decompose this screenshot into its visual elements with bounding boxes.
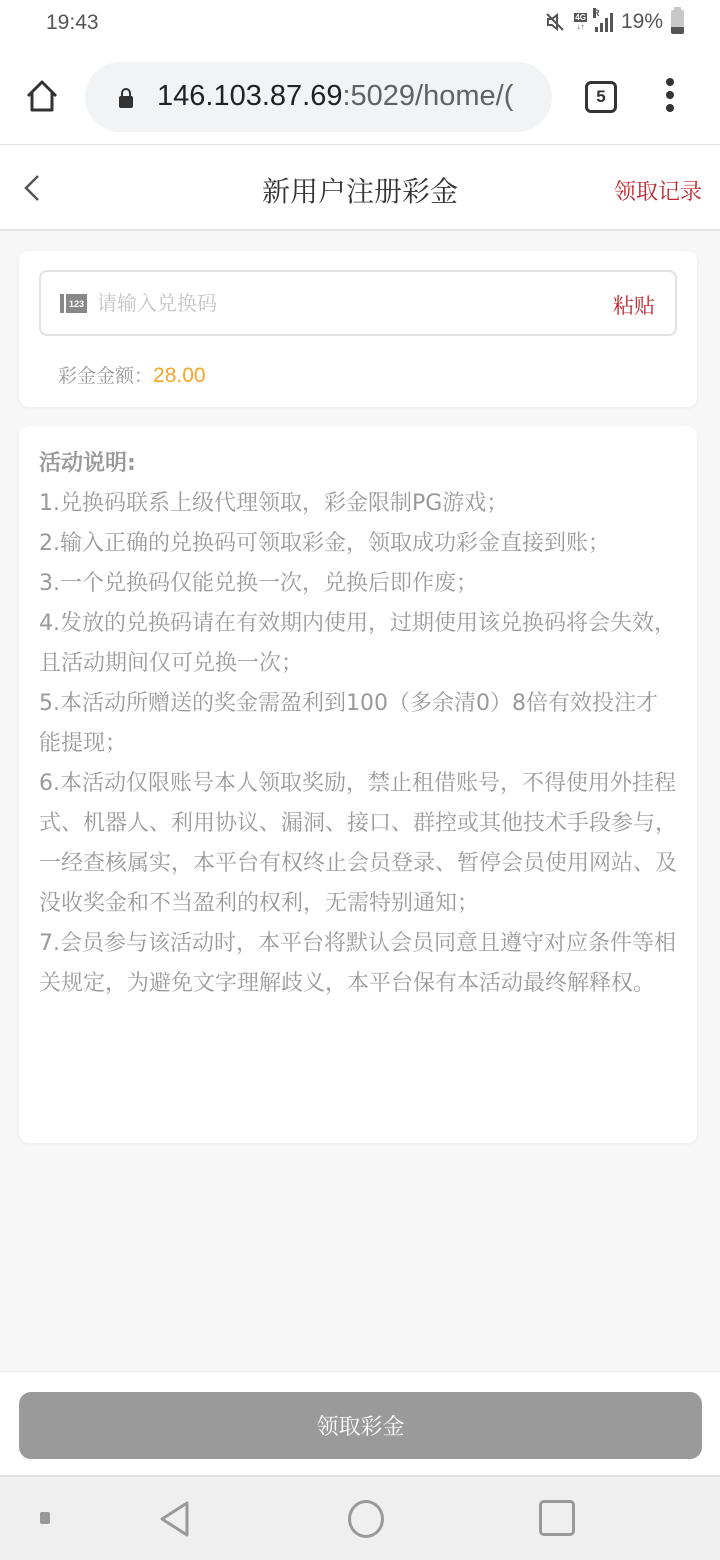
claim-bonus-button[interactable]: 领取彩金 (19, 1392, 702, 1459)
rules-title: 活动说明: (39, 444, 677, 484)
roaming-indicator: R (593, 8, 596, 18)
rules-card: 活动说明: 1.兑换码联系上级代理领取，彩金限制PG游戏； 2.输入正确的兑换码… (19, 426, 697, 1143)
rules-list: 1.兑换码联系上级代理领取，彩金限制PG游戏； 2.输入正确的兑换码可领取彩金，… (39, 484, 677, 1004)
lock-icon (118, 87, 134, 108)
nav-recents-icon[interactable] (539, 1500, 575, 1536)
page-header: 新用户注册彩金 领取记录 (0, 145, 720, 231)
system-nav-bar (0, 1478, 720, 1560)
ticket-123-icon: 123 (60, 294, 87, 313)
rule-item: 7.会员参与该活动时，本平台将默认会员同意且遵守对应条件等相关规定，为避免文字理… (39, 924, 677, 1004)
tabs-icon[interactable]: 5 (585, 81, 617, 113)
nav-home-icon[interactable] (348, 1500, 384, 1538)
signal-icon: R (595, 12, 613, 32)
bonus-amount-row: 彩金金额：28.00 (58, 361, 206, 388)
rule-item: 3.一个兑换码仅能兑换一次，兑换后即作废； (39, 564, 677, 604)
battery-percent: 19% (621, 10, 663, 34)
url-text[interactable]: 146.103.87.69:5029/home/( (157, 80, 513, 113)
page-title: 新用户注册彩金 (0, 170, 720, 210)
redeem-card: 123 粘贴 彩金金额：28.00 (19, 251, 697, 407)
more-menu-icon[interactable] (660, 78, 680, 118)
bonus-amount-label: 彩金金额： (58, 365, 153, 387)
browser-toolbar: 146.103.87.69:5029/home/( 5 (0, 50, 720, 145)
rule-item: 2.输入正确的兑换码可领取彩金，领取成功彩金直接到账； (39, 524, 677, 564)
rule-item: 1.兑换码联系上级代理领取，彩金限制PG游戏； (39, 484, 677, 524)
url-path: :5029/home/( (342, 80, 513, 112)
data-arrows-icon: ↓↑ (577, 22, 585, 31)
redeem-code-input[interactable] (97, 284, 577, 322)
bonus-amount-value: 28.00 (153, 364, 206, 387)
network-4g-icon: 4G ↓↑ (574, 13, 587, 31)
svg-text:123: 123 (69, 299, 84, 309)
rule-item: 4.发放的兑换码请在有效期内使用，过期使用该兑换码将会失效，且活动期间仅可兑换一… (39, 604, 677, 684)
rule-item: 5.本活动所赠送的奖金需盈利到100（多余清0）8倍有效投注才能提现； (39, 684, 677, 764)
status-time: 19:43 (46, 11, 99, 35)
battery-icon (671, 10, 684, 34)
mute-icon (544, 11, 566, 33)
rule-item: 6.本活动仅限账号本人领取奖励，禁止租借账号，不得使用外挂程式、机器人、利用协议… (39, 764, 677, 924)
redeem-code-field: 123 粘贴 (39, 270, 677, 336)
paste-button[interactable]: 粘贴 (613, 290, 655, 320)
claim-records-link[interactable]: 领取记录 (614, 175, 702, 206)
nav-dot-icon (40, 1512, 50, 1524)
url-host: 146.103.87.69 (157, 80, 342, 112)
address-bar[interactable]: 146.103.87.69:5029/home/( (85, 62, 552, 132)
nav-back-icon[interactable] (157, 1500, 193, 1538)
status-icons: 4G ↓↑ R 19% (544, 10, 684, 34)
bottom-action-bar: 领取彩金 (0, 1371, 720, 1477)
home-icon[interactable] (24, 78, 60, 114)
status-bar: 19:43 4G ↓↑ R 19% (0, 0, 720, 50)
